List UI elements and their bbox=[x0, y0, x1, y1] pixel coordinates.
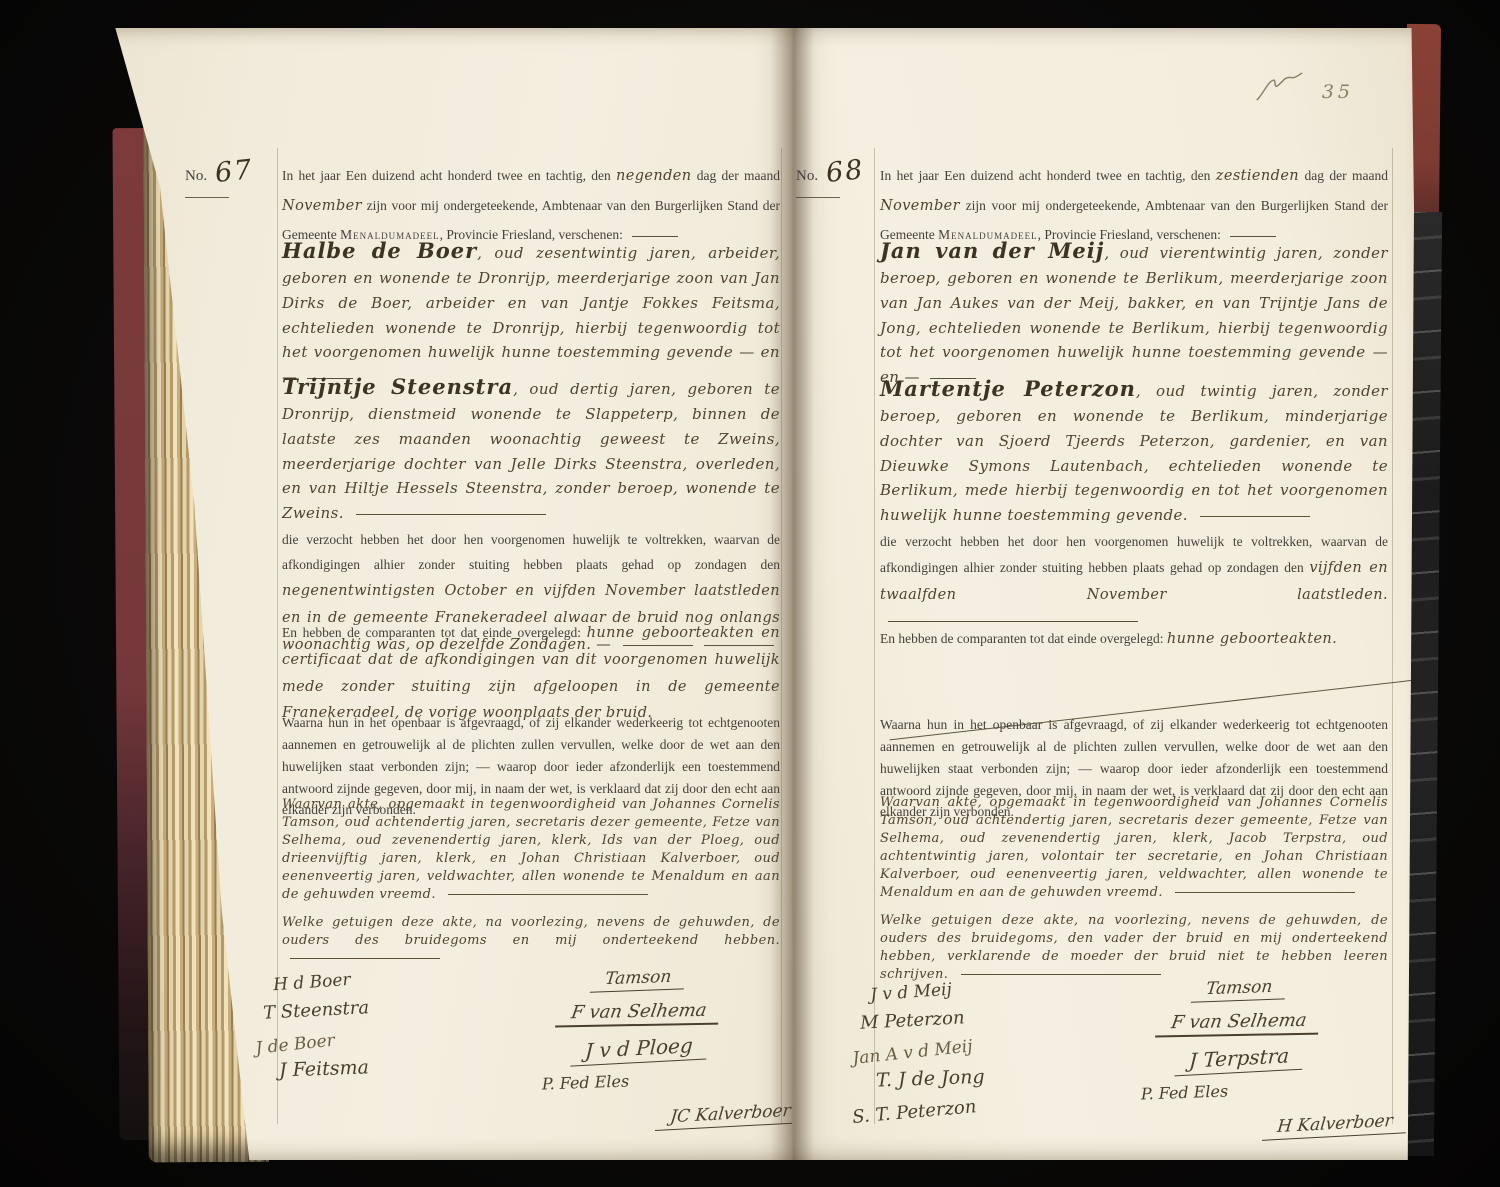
paraph-scribble-icon bbox=[1251, 71, 1309, 108]
closing-entry: Waarvan akte, opgemaakt in tegenwoordigh… bbox=[282, 796, 780, 904]
groom-entry: Halbe de Boer, oud zesentwintig jaren, a… bbox=[282, 234, 780, 391]
handwritten-day: zestienden bbox=[1216, 168, 1299, 184]
bride-entry: Martentje Peterzon, oud twintig jaren, z… bbox=[880, 372, 1388, 529]
act-number-handwritten: 67 bbox=[213, 154, 254, 189]
printed-month-label: dag der maand bbox=[697, 168, 780, 183]
documents-paragraph: En hebben de comparanten tot dat einde o… bbox=[880, 626, 1388, 653]
handwritten-documents: hunne geboorteakten. bbox=[1167, 631, 1337, 647]
printed-documents-line: En hebben de comparanten tot dat einde o… bbox=[282, 625, 581, 640]
no-label: No. bbox=[185, 168, 207, 184]
folio-number: 35 bbox=[1322, 81, 1354, 103]
printed-month-label: dag der maand bbox=[1304, 168, 1388, 183]
signature: H Kalverboer bbox=[1262, 1110, 1408, 1141]
printed-year-line: In het jaar Een duizend acht honderd twe… bbox=[880, 168, 1210, 183]
banns-paragraph: die verzocht hebben het door hen voorgen… bbox=[880, 530, 1388, 634]
closing-entry: Waarvan akte, opgemaakt in tegenwoordigh… bbox=[880, 794, 1388, 902]
groom-details: , oud zesentwintig jaren, arbeider, gebo… bbox=[282, 244, 780, 386]
signature: F van Selhema bbox=[1155, 1010, 1322, 1038]
signature-block: J v d Meij M Peterzon Jan A v d Meij T. … bbox=[852, 978, 1397, 1137]
corner-annotation: 35 bbox=[1253, 76, 1354, 103]
attestation-entry: Welke getuigen deze akte, na voorlezing,… bbox=[282, 914, 780, 968]
signature: F van Selhema bbox=[555, 1000, 722, 1028]
groom-name: Halbe de Boer bbox=[282, 238, 477, 263]
filler-line bbox=[356, 514, 546, 515]
printed-documents-line: En hebben de comparanten tot dat einde o… bbox=[880, 631, 1164, 646]
bride-details: , oud twintig jaren, zonder beroep, gebo… bbox=[880, 382, 1388, 524]
filler-line bbox=[1175, 892, 1355, 893]
registry-book-scan: No. 67 In het jaar Een duizend acht hond… bbox=[0, 0, 1500, 1187]
act-number-block: No. 67 bbox=[185, 156, 253, 198]
bride-details: , oud dertig jaren, geboren te Dronrijp,… bbox=[282, 380, 780, 522]
filler-line bbox=[888, 621, 1138, 622]
handwritten-month: November bbox=[880, 198, 960, 214]
number-underline bbox=[185, 197, 229, 198]
signature: J Terpstra bbox=[1174, 1043, 1303, 1077]
signature: Tamson bbox=[590, 966, 687, 992]
party-signatures: H d Boer T Steenstra J de Boer J Feitsma bbox=[255, 968, 482, 1127]
signature: P. Fed Eles bbox=[1127, 1081, 1243, 1106]
signature: T. J de Jong bbox=[876, 1062, 1082, 1091]
signature: Tamson bbox=[1191, 976, 1288, 1002]
groom-details: , oud vierentwintig jaren, zonder beroep… bbox=[880, 244, 1388, 386]
party-signatures: J v d Meij M Peterzon Jan A v d Meij T. … bbox=[852, 978, 1081, 1137]
groom-entry: Jan van der Meij, oud vierentwintig jare… bbox=[880, 234, 1388, 391]
printed-banns-line: die verzocht hebben het door hen voorgen… bbox=[282, 532, 780, 572]
closing-text: Waarvan akte, opgemaakt in tegenwoordigh… bbox=[282, 797, 780, 902]
signature-block: H d Boer T Steenstra J de Boer J Feitsma… bbox=[255, 968, 795, 1127]
closing-text: Waarvan akte, opgemaakt in tegenwoordigh… bbox=[880, 795, 1388, 900]
attestation-entry: Welke getuigen deze akte, na voorlezing,… bbox=[880, 912, 1388, 984]
signature: J v d Ploeg bbox=[570, 1032, 707, 1066]
filler-line bbox=[448, 894, 648, 895]
signature: J Feitsma bbox=[279, 1052, 482, 1081]
handwritten-day: negenden bbox=[616, 168, 692, 184]
groom-name: Jan van der Meij bbox=[880, 238, 1104, 263]
bride-name: Martentje Peterzon bbox=[880, 376, 1136, 401]
attestation-text: Welke getuigen deze akte, na voorlezing,… bbox=[282, 915, 780, 948]
handwritten-month: November bbox=[282, 198, 362, 214]
printed-year-line: In het jaar Een duizend acht honderd twe… bbox=[282, 168, 611, 183]
signature: P. Fed Eles bbox=[527, 1071, 643, 1096]
page-right-act-68: 35 No. 68 In het jaar Een duizend acht h… bbox=[792, 28, 1414, 1160]
act-number-handwritten: 68 bbox=[824, 154, 865, 189]
signature: S. T. Peterzon bbox=[852, 1087, 1082, 1128]
witness-signatures: Tamson F van Selhema J v d Ploeg P. Fed … bbox=[482, 968, 795, 1127]
bride-name: Trijntje Steenstra bbox=[282, 374, 513, 399]
book-gutter-shadow bbox=[770, 28, 814, 1160]
witness-signatures: Tamson F van Selhema J Terpstra P. Fed E… bbox=[1081, 978, 1397, 1137]
bride-entry: Trijntje Steenstra, oud dertig jaren, ge… bbox=[282, 370, 780, 527]
filler-line bbox=[1200, 516, 1310, 517]
attestation-text: Welke getuigen deze akte, na voorlezing,… bbox=[880, 913, 1388, 982]
filler-line bbox=[290, 958, 440, 959]
